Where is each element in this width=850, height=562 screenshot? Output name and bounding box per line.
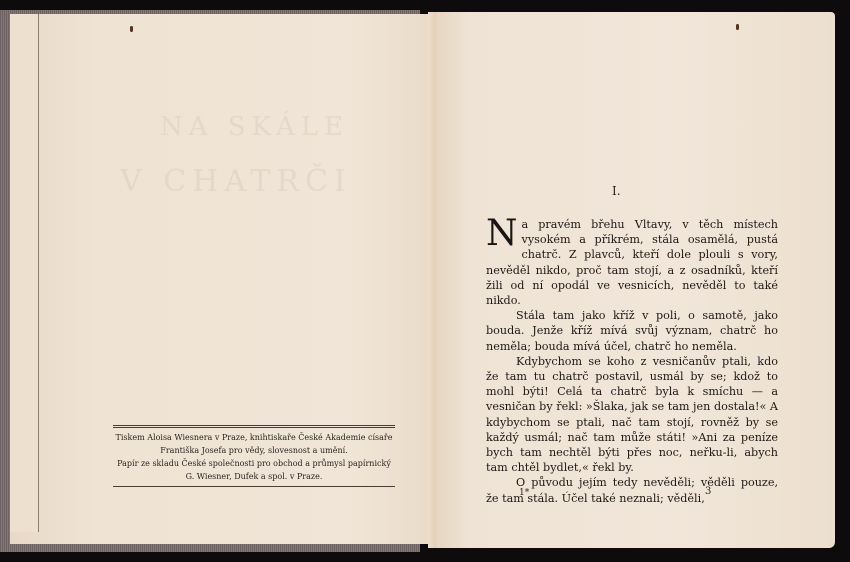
show-through-title-2: V CHATRČI xyxy=(120,164,352,199)
chapter-number: I. xyxy=(612,184,621,198)
imprint-line: Františka Josefa pro vědy, slovesnost a … xyxy=(113,444,395,457)
drop-cap: N xyxy=(486,219,518,249)
printer-imprint: Tiskem Aloisa Wiesnera v Praze, knihtisk… xyxy=(113,425,395,487)
show-through-title-1: NA SKÁLE xyxy=(160,112,349,142)
paragraph: O původu jejím tedy nevěděli; věděli pou… xyxy=(486,475,778,505)
paragraph: Kdybychom se koho z vesničanův ptali, kd… xyxy=(486,354,778,476)
imprint-top-rule xyxy=(113,425,395,428)
imprint-line: G. Wiesner, Dufek a spol. v Praze. xyxy=(113,470,395,483)
paragraph: Na pravém břehu Vltavy, v těch místech v… xyxy=(486,217,778,308)
left-flyleaf xyxy=(10,14,39,532)
imprint-bottom-rule xyxy=(113,486,395,487)
paragraph: Stála tam jako kříž v poli, o samotě, ja… xyxy=(486,308,778,354)
paper-blemish xyxy=(130,26,133,32)
imprint-line: Tiskem Aloisa Wiesnera v Praze, knihtisk… xyxy=(113,431,395,444)
paper-blemish xyxy=(736,24,739,30)
imprint-line: Papír ze skladu České společnosti pro ob… xyxy=(113,457,395,470)
signature-mark: 1* xyxy=(519,488,529,498)
page-number: 3 xyxy=(705,486,711,497)
chapter-body: Na pravém břehu Vltavy, v těch místech v… xyxy=(486,217,778,506)
